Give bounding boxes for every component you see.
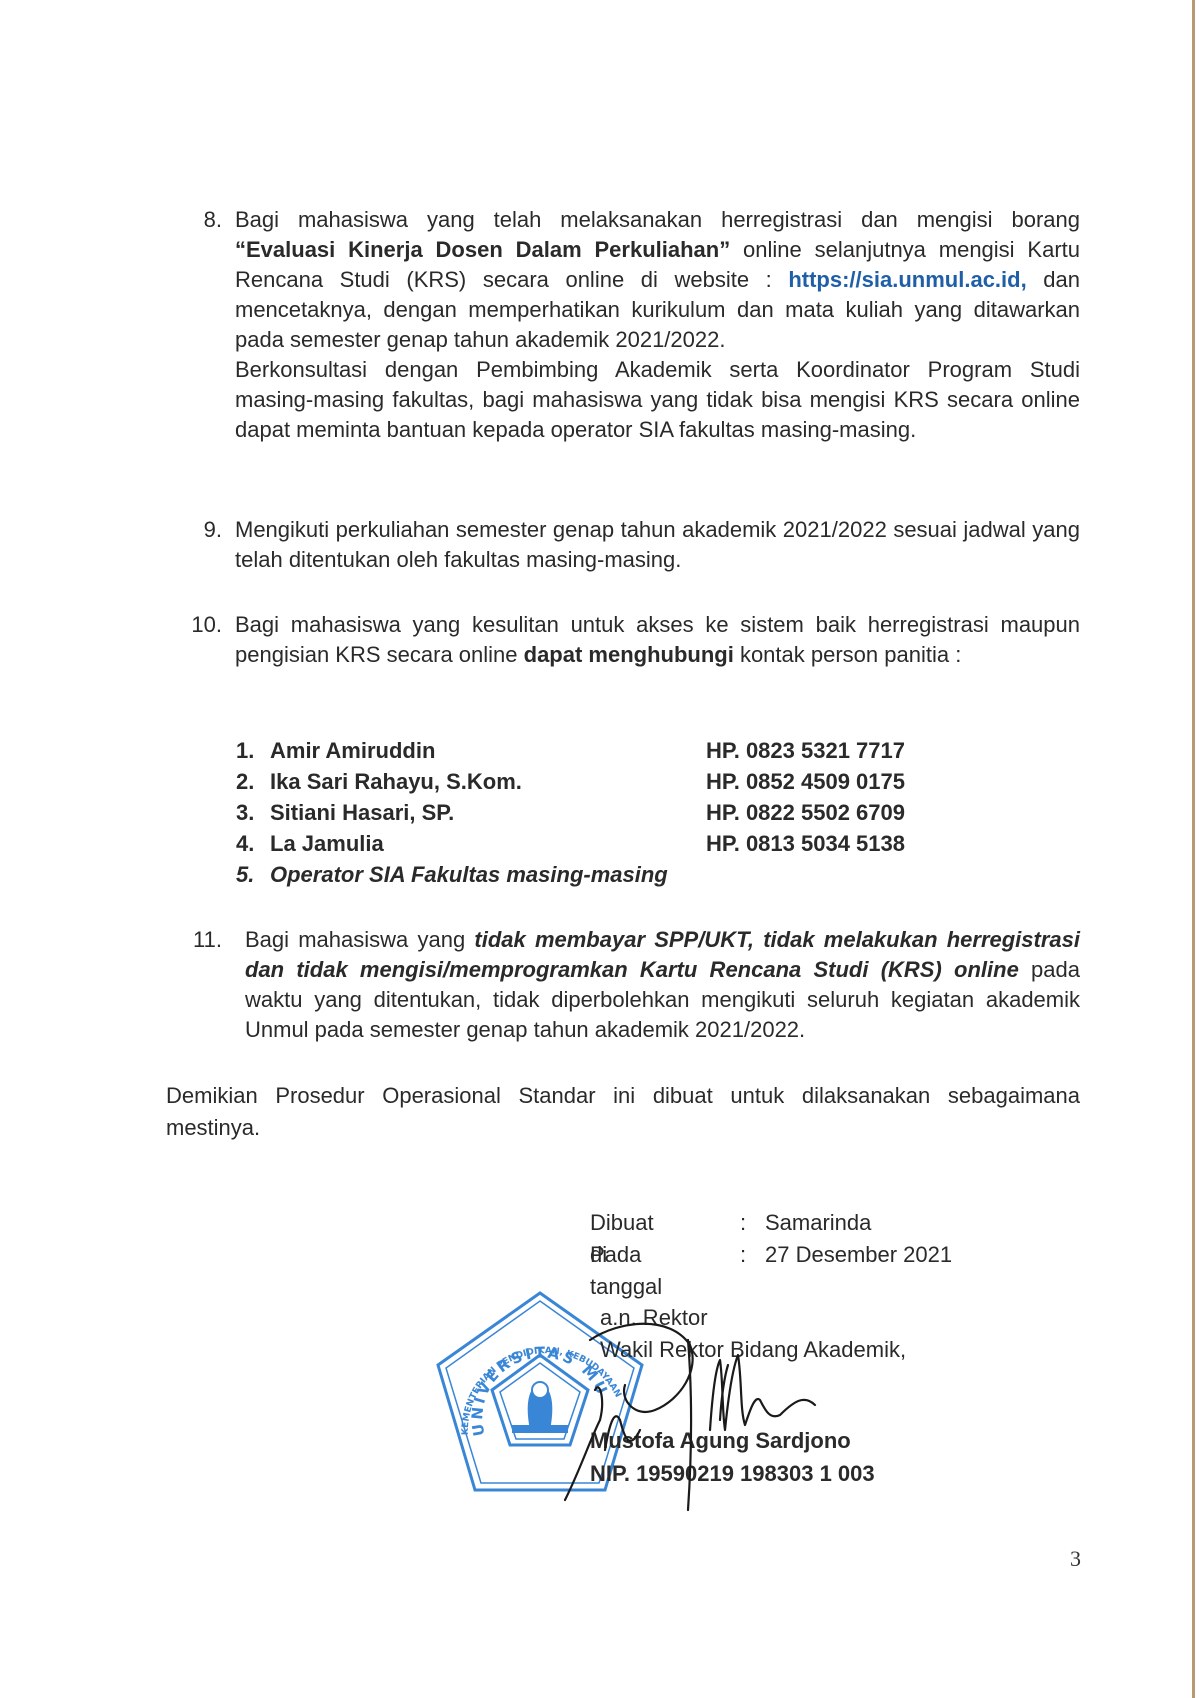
item-body: Bagi mahasiswa yang telah melaksanakan h… — [235, 205, 1080, 445]
colon: : — [740, 1207, 746, 1239]
item10-text: Bagi mahasiswa yang kesulitan untuk akse… — [235, 610, 1080, 670]
item-body: Mengikuti perkuliahan semester genap tah… — [235, 515, 1080, 575]
item9-text: Mengikuti perkuliahan semester genap tah… — [235, 515, 1080, 575]
contact-index: 2. — [236, 766, 254, 797]
page-edge-divider — [1192, 0, 1195, 1698]
contact-name: Ika Sari Rahayu, S.Kom. — [270, 766, 522, 797]
sia-website-link[interactable]: https://sia.unmul.ac.id, — [788, 267, 1026, 292]
item-body: Bagi mahasiswa yang tidak membayar SPP/U… — [245, 925, 1080, 1045]
contact-phone: HP. 0823 5321 7717 — [706, 735, 905, 766]
page-number: 3 — [1070, 1546, 1081, 1572]
contact-row: 4. La Jamulia HP. 0813 5034 5138 — [236, 828, 996, 859]
contact-name: Amir Amiruddin — [270, 735, 435, 766]
document-page: 8. Bagi mahasiswa yang telah melaksanaka… — [0, 0, 1190, 1698]
contact-phone: HP. 0813 5034 5138 — [706, 828, 905, 859]
contact-row: 1. Amir Amiruddin HP. 0823 5321 7717 — [236, 735, 996, 766]
contact-index: 1. — [236, 735, 254, 766]
item11-text: Bagi mahasiswa yang tidak membayar SPP/U… — [245, 925, 1080, 1045]
text-segment: Bagi mahasiswa yang — [245, 927, 474, 952]
item-number: 9. — [182, 515, 222, 545]
contact-phone: HP. 0822 5502 6709 — [706, 797, 905, 828]
item-number: 8. — [182, 205, 222, 235]
contact-name: Operator SIA Fakultas masing-masing — [270, 859, 668, 890]
contact-index: 3. — [236, 797, 254, 828]
text-segment: kontak person panitia : — [734, 642, 961, 667]
contact-row: 5. Operator SIA Fakultas masing-masing — [236, 859, 996, 890]
contact-name: La Jamulia — [270, 828, 384, 859]
contact-index: 5. — [236, 859, 254, 890]
date-value: 27 Desember 2021 — [765, 1239, 952, 1271]
item-number: 10. — [182, 610, 222, 640]
contact-index: 4. — [236, 828, 254, 859]
item8-paragraph1: Bagi mahasiswa yang telah melaksanakan h… — [235, 205, 1080, 355]
text-segment: Bagi mahasiswa yang telah melaksanakan h… — [235, 207, 1080, 232]
text-bold: dapat menghubungi — [524, 642, 734, 667]
contact-row: 2. Ika Sari Rahayu, S.Kom. HP. 0852 4509… — [236, 766, 996, 797]
colon: : — [740, 1239, 746, 1271]
place-value: Samarinda — [765, 1207, 871, 1239]
form-title-bold: “Evaluasi Kinerja Dosen Dalam Perkuliaha… — [235, 237, 730, 262]
item-number: 11. — [182, 925, 222, 955]
contact-name: Sitiani Hasari, SP. — [270, 797, 454, 828]
item8-paragraph2: Berkonsultasi dengan Pembimbing Akademik… — [235, 355, 1080, 445]
handwritten-signature-icon — [560, 1300, 890, 1515]
contact-phone: HP. 0852 4509 0175 — [706, 766, 905, 797]
item-body: Bagi mahasiswa yang kesulitan untuk akse… — [235, 610, 1080, 670]
contact-row: 3. Sitiani Hasari, SP. HP. 0822 5502 670… — [236, 797, 996, 828]
closing-statement: Demikian Prosedur Operasional Standar in… — [166, 1080, 1080, 1144]
contact-list: 1. Amir Amiruddin HP. 0823 5321 7717 2. … — [236, 735, 996, 890]
